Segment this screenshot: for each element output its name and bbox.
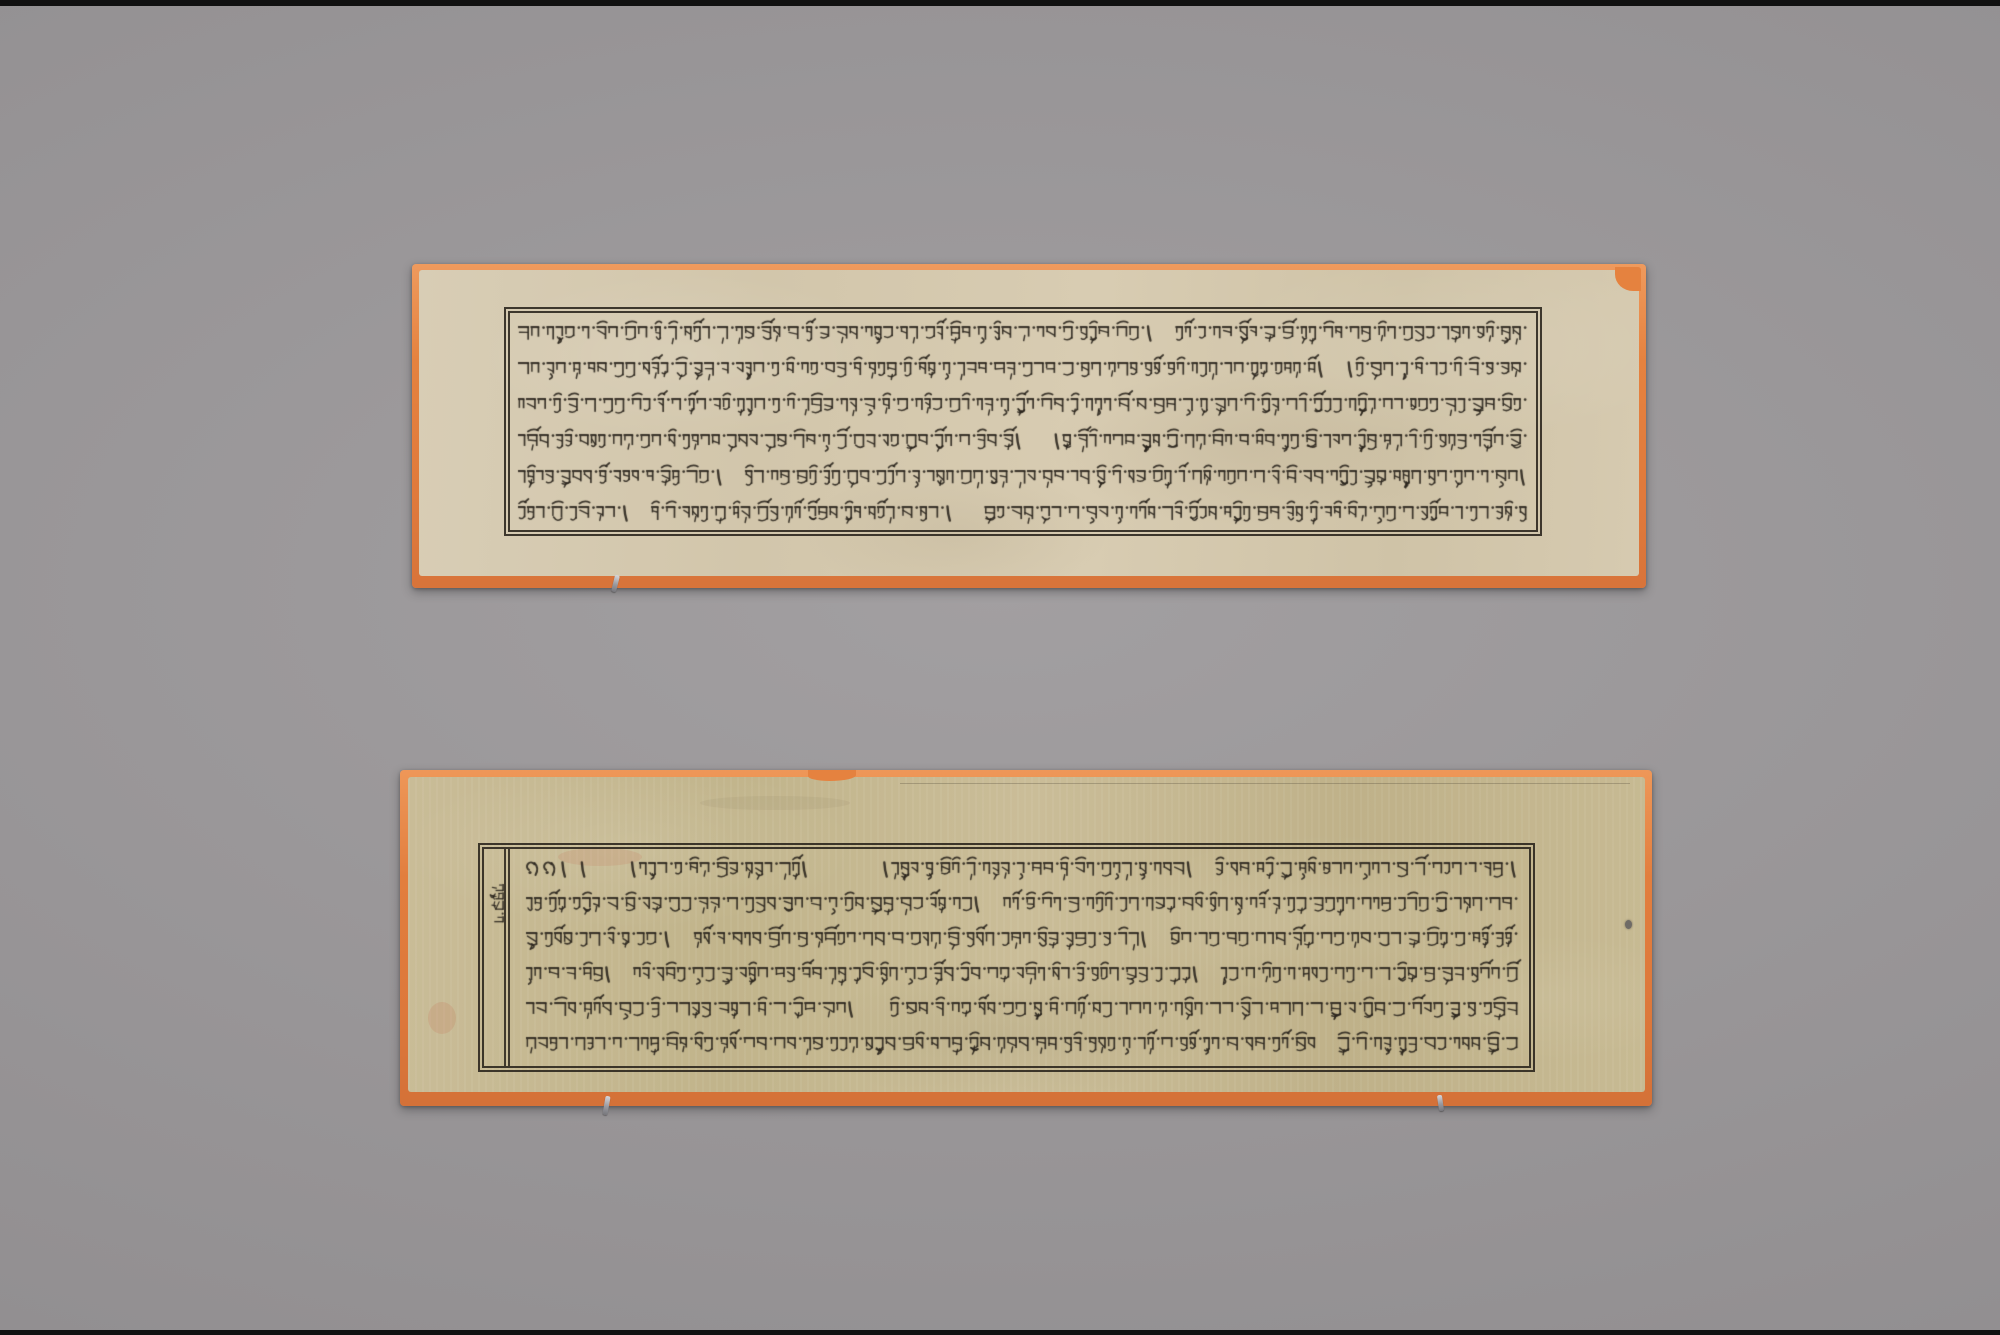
mounting-pin xyxy=(1437,1095,1444,1112)
mounting-pin xyxy=(602,1096,610,1116)
tibetan-text-block xyxy=(512,314,1534,529)
manuscript-leaf-top xyxy=(412,264,1646,588)
tibetan-text-block xyxy=(486,850,1527,1064)
photo-background xyxy=(0,0,2000,1335)
mounting-pin xyxy=(611,575,620,593)
top-letterbox-bar xyxy=(0,0,2000,6)
red-pigment-smudge xyxy=(428,1002,456,1034)
pin-spot xyxy=(1625,920,1632,929)
edge-crease-line xyxy=(900,783,1630,784)
bottom-letterbox-bar xyxy=(0,1330,2000,1335)
manuscript-leaf-bottom xyxy=(400,770,1652,1106)
ink-ghost-smudge xyxy=(700,796,850,810)
